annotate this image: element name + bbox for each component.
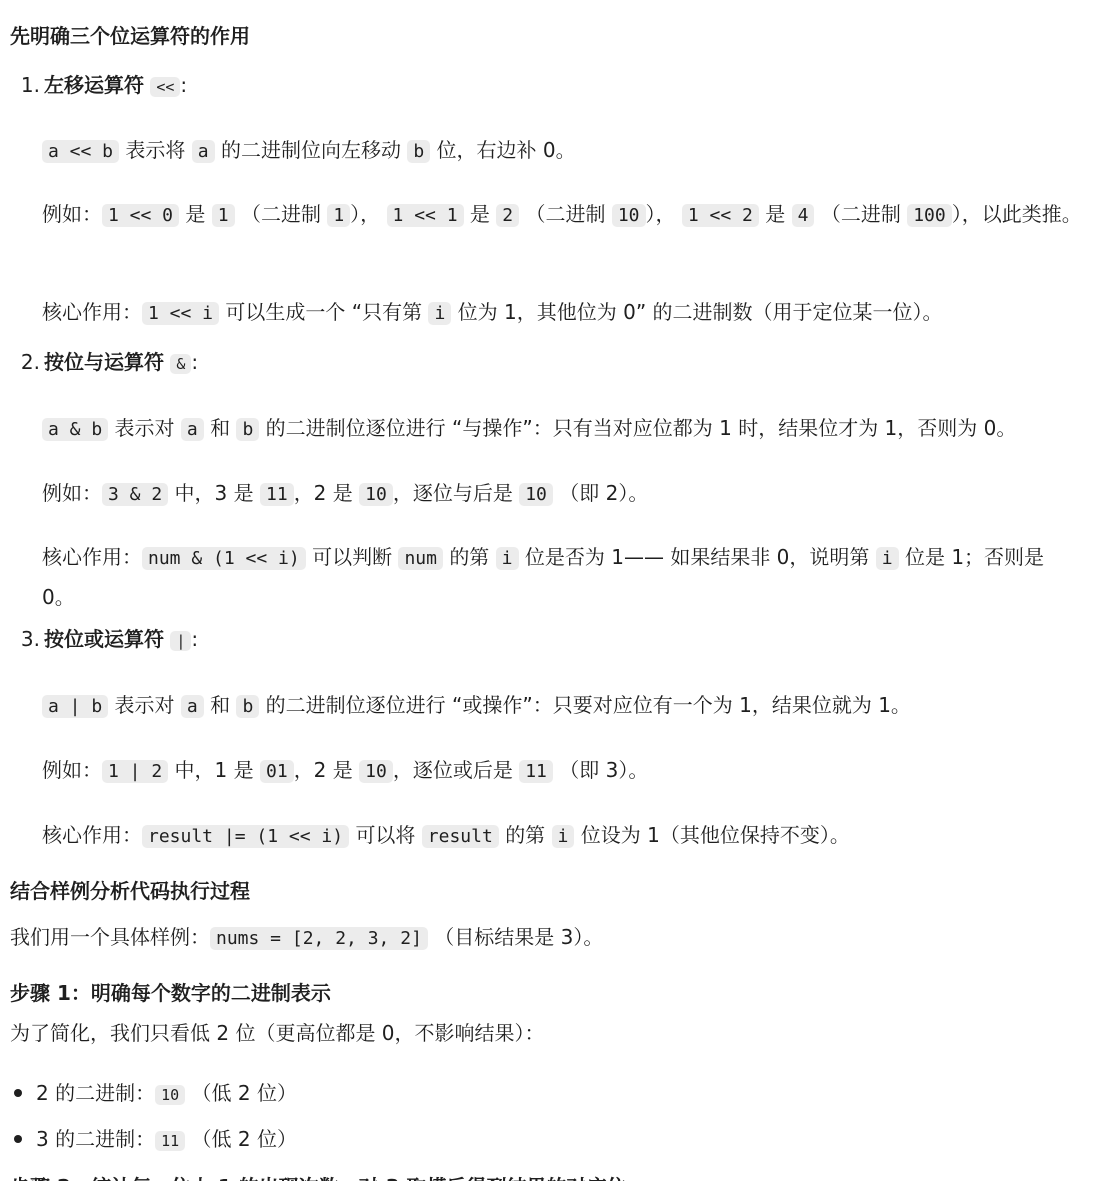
list-item-bitwise-and: 2.按位与运算符 &:: [18, 350, 198, 376]
inline-code: a: [181, 695, 204, 718]
inline-code: 10: [359, 760, 393, 783]
section-heading-sample-analysis: 结合样例分析代码执行过程: [10, 875, 250, 904]
text: 是: [765, 202, 785, 226]
list-item-bitwise-or: 3.按位或运算符 |:: [18, 627, 198, 653]
inline-code: 100: [907, 204, 952, 227]
inline-code: 1 << 1: [387, 204, 464, 227]
inline-code: 10: [155, 1085, 185, 1105]
text: 可以判断: [312, 545, 392, 569]
section-heading-operators: 先明确三个位运算符的作用: [10, 20, 250, 49]
inline-code: 2: [496, 204, 519, 227]
text: ），: [646, 202, 676, 226]
text: 是: [185, 202, 205, 226]
text: 中，1 是: [175, 758, 254, 782]
step2-heading-cutoff: 步骤 2：统计每一位上 1 的出现次数，对 3 取模后得到结果的对应位: [10, 1172, 627, 1181]
inline-code: 1: [327, 204, 350, 227]
list-number: 1.: [18, 73, 40, 97]
colon: :: [191, 627, 198, 651]
inline-code: a: [181, 418, 204, 441]
text: 表示对: [115, 416, 175, 440]
sample-intro: 我们用一个具体样例：nums = [2, 2, 3, 2] （目标结果是 3）。: [10, 925, 603, 951]
text: 核心作用：: [42, 545, 142, 569]
text: 的二进制位逐位进行 “或操作”：只要对应位有一个为 1，结果位就为 1。: [266, 693, 911, 717]
bitwise-or-core: 核心作用：result |= (1 << i) 可以将 result 的第 i …: [42, 823, 850, 849]
inline-code: 4: [792, 204, 815, 227]
inline-code: i: [496, 547, 519, 570]
inline-code: 1: [212, 204, 235, 227]
bitwise-and-core: 核心作用：num & (1 << i) 可以判断 num 的第 i 位是否为 1…: [42, 538, 1082, 616]
inline-code: 1 << 0: [102, 204, 179, 227]
text: 例如：: [42, 758, 102, 782]
text: 中，3 是: [175, 481, 254, 505]
inline-code: &: [170, 354, 191, 374]
inline-code: a | b: [42, 695, 108, 718]
inline-code: <<: [150, 77, 180, 97]
text: 表示将: [125, 138, 185, 162]
text: 的二进制位向左移动: [221, 138, 401, 162]
text: （目标结果是 3）。: [434, 925, 603, 949]
inline-code: num & (1 << i): [142, 547, 306, 570]
text: 的二进制位逐位进行 “与操作”：只有当对应位都为 1 时，结果位才为 1，否则为…: [266, 416, 1017, 440]
text: 核心作用：: [42, 823, 142, 847]
text: 的第: [449, 545, 489, 569]
text: （二进制: [821, 202, 901, 226]
text: 位是否为 1—— 如果结果非 0，说明第: [525, 545, 870, 569]
item-title: 左移运算符: [44, 73, 144, 97]
list-item: 3 的二进制：11 （低 2 位）: [14, 1127, 297, 1153]
inline-code: 3 & 2: [102, 483, 168, 506]
list-number: 3.: [18, 627, 40, 651]
inline-code: result |= (1 << i): [142, 825, 349, 848]
bullet-icon: [14, 1089, 22, 1097]
inline-code: 10: [519, 483, 553, 506]
text: 位为 1，其他位为 0” 的二进制数（用于定位某一位）。: [458, 300, 943, 324]
inline-code: b: [407, 140, 430, 163]
text: 的第: [505, 823, 545, 847]
inline-code: result: [422, 825, 499, 848]
step1-description: 为了简化，我们只看低 2 位（更高位都是 0，不影响结果）：: [10, 1021, 545, 1045]
left-shift-core: 核心作用：1 << i 可以生成一个 “只有第 i 位为 1，其他位为 0” 的…: [42, 300, 943, 326]
text: 位，右边补 0。: [437, 138, 576, 162]
left-shift-example: 例如：1 << 0 是 1 （二进制 1）， 1 << 1 是 2 （二进制 1…: [42, 195, 1082, 235]
inline-code: a & b: [42, 418, 108, 441]
text: 核心作用：: [42, 300, 142, 324]
inline-code: 1 << 2: [682, 204, 759, 227]
inline-code: 11: [155, 1131, 185, 1151]
text: （即 2）。: [559, 481, 648, 505]
text: 和: [210, 693, 230, 717]
text: ，2 是: [294, 758, 353, 782]
text: 我们用一个具体样例：: [10, 925, 210, 949]
colon: :: [191, 350, 198, 374]
text: 位设为 1（其他位保持不变）。: [581, 823, 850, 847]
inline-code: 01: [260, 760, 294, 783]
inline-code: b: [236, 418, 259, 441]
inline-code: a << b: [42, 140, 119, 163]
bitwise-or-example: 例如：1 | 2 中，1 是 01，2 是 10，逐位或后是 11 （即 3）。: [42, 758, 648, 784]
bullet-icon: [14, 1135, 22, 1143]
text: （低 2 位）: [192, 1127, 297, 1151]
item-title: 按位或运算符: [44, 627, 164, 651]
inline-code: num: [398, 547, 443, 570]
bitwise-or-description: a | b 表示对 a 和 b 的二进制位逐位进行 “或操作”：只要对应位有一个…: [42, 693, 911, 719]
text: 和: [210, 416, 230, 440]
inline-code: a: [192, 140, 215, 163]
text: （二进制: [525, 202, 605, 226]
inline-code: i: [876, 547, 899, 570]
inline-code: |: [170, 631, 191, 651]
text: 表示对: [115, 693, 175, 717]
text: 3 的二进制：: [36, 1127, 155, 1151]
colon: :: [180, 73, 187, 97]
text: 例如：: [42, 202, 102, 226]
text: ），以此类推。: [952, 202, 1082, 226]
inline-code: 11: [260, 483, 294, 506]
text: ，逐位与后是: [393, 481, 513, 505]
list-item: 2 的二进制：10 （低 2 位）: [14, 1081, 297, 1107]
step1-heading: 步骤 1：明确每个数字的二进制表示: [10, 977, 331, 1006]
inline-code: 1 << i: [142, 302, 219, 325]
text: 例如：: [42, 481, 102, 505]
inline-code: i: [428, 302, 451, 325]
text: 2 的二进制：: [36, 1081, 155, 1105]
inline-code: 1 | 2: [102, 760, 168, 783]
inline-code: nums = [2, 2, 3, 2]: [210, 927, 428, 950]
bitwise-and-example: 例如：3 & 2 中，3 是 11，2 是 10，逐位与后是 10 （即 2）。: [42, 481, 648, 507]
inline-code: 10: [612, 204, 646, 227]
list-item-left-shift: 1.左移运算符 <<:: [18, 73, 187, 99]
text: 可以生成一个 “只有第: [225, 300, 422, 324]
item-title: 按位与运算符: [44, 350, 164, 374]
text: （低 2 位）: [192, 1081, 297, 1105]
text: ，2 是: [294, 481, 353, 505]
text: 是: [470, 202, 490, 226]
text: （二进制: [241, 202, 321, 226]
text: ），: [350, 202, 380, 226]
bitwise-and-description: a & b 表示对 a 和 b 的二进制位逐位进行 “与操作”：只有当对应位都为…: [42, 416, 1016, 442]
text: （即 3）。: [559, 758, 648, 782]
inline-code: b: [236, 695, 259, 718]
text: 可以将: [355, 823, 415, 847]
left-shift-description: a << b 表示将 a 的二进制位向左移动 b 位，右边补 0。: [42, 138, 576, 164]
inline-code: 11: [519, 760, 553, 783]
inline-code: i: [552, 825, 575, 848]
text: ，逐位或后是: [393, 758, 513, 782]
list-number: 2.: [18, 350, 40, 374]
inline-code: 10: [359, 483, 393, 506]
